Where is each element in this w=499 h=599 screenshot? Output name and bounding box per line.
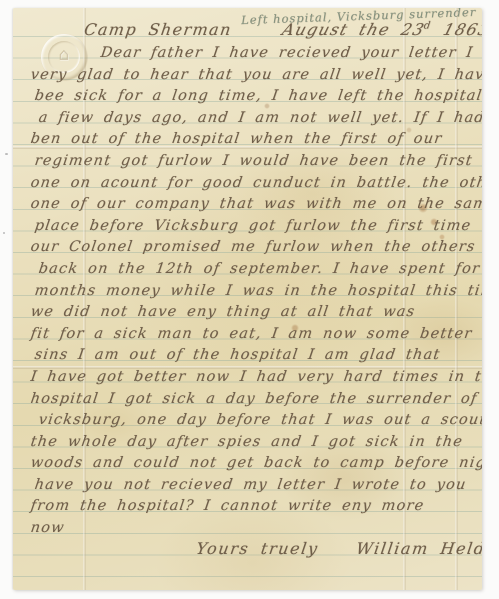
signature-name: William Heldaman. [355,539,482,558]
letter-line: our Colonel promised me furlow when the … [29,237,480,259]
letter-line: fit for a sick man to eat, I am now some… [29,324,480,346]
heading-place: Camp Sherman [83,20,233,39]
letter-line: vicksburg, one day before that I was out… [29,410,480,432]
signature-line: Yours truely William Heldaman. [195,539,482,558]
letter-line: the whole day after spies and I got sick… [29,432,480,454]
letter-line: I have got better now I had very hard ti… [29,367,480,389]
letter-line: one of our company that was with me on t… [29,194,480,216]
letter-line: back on the 12th of september. I have sp… [29,259,480,281]
dust-speck [5,153,8,155]
letter-line: months money while I was in the hospital… [29,281,480,303]
letter-line: have you not recieved my letter I wrote … [29,475,480,497]
letter-line: now [29,518,480,540]
letter-line: hospital I got sick a day before the sur… [29,389,480,411]
letter-line: a fiew days ago, and I am not well yet. … [29,108,480,130]
letter-line: one on acount for good cunduct in battle… [29,173,480,195]
heading-date-year: 1863 [442,20,482,39]
scan-background: ⌂ Left hospital, Vicksburg surrender Cam… [0,0,499,599]
letter-line: very glad to hear that you are all well … [29,65,480,87]
letter-paper: ⌂ Left hospital, Vicksburg surrender Cam… [13,8,482,590]
letter-line: Dear father I have recieved your letter … [29,43,480,65]
letter-line: regiment got furlow I would have been th… [29,151,480,173]
closing-phrase: Yours truely [195,539,320,558]
heading-date-day: August the 23 [280,20,427,39]
heading-date: August the 23d 1863 [280,20,482,39]
letter-line: ben out of the hospital when the first o… [29,129,480,151]
letter-body: Dear father I have recieved your letter … [29,43,477,540]
letter-line: from the hospital? I cannot write eny mo… [29,496,480,518]
letter-line: we did not have eny thing at all that wa… [29,302,480,324]
letter-heading: Camp Sherman August the 23d 1863 [83,20,482,39]
letter-line: woods and could not get back to camp bef… [29,453,480,475]
letter-line: place before Vicksburg got furlow the fi… [29,216,480,238]
letter-line: sins I am out of the hospital I am glad … [29,345,480,367]
letter-line: bee sick for a long time, I have left th… [29,86,480,108]
dust-speck [3,232,5,234]
